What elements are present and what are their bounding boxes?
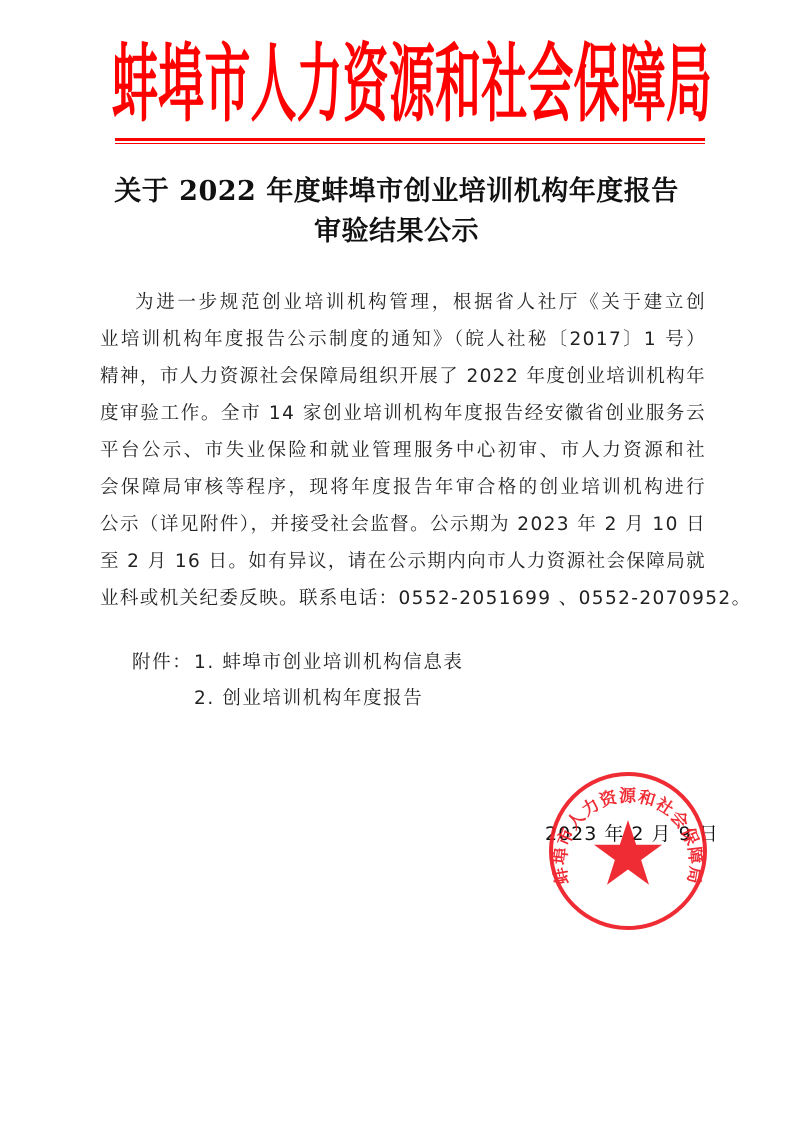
body-line: 业科或机关纪委反映。联系电话：0552-2051699 、0552-207095… — [100, 580, 706, 617]
attachments-list: 附件：1. 蚌埠市创业培训机构信息表 2. 创业培训机构年度报告 — [132, 645, 464, 717]
attachment-item: 附件：1. 蚌埠市创业培训机构信息表 — [132, 645, 464, 681]
masthead-char: 人 — [250, 41, 296, 126]
body-line: 业培训机构年度报告公示制度的通知》（皖人社秘〔2017〕1 号） — [100, 321, 706, 358]
masthead-char: 和 — [435, 41, 481, 126]
document-page: 蚌 埠 市 人 力 资 源 和 社 会 保 障 局 关于 2022 年度蚌埠市创… — [0, 0, 793, 1122]
masthead-char: 保 — [574, 41, 620, 126]
attachment-item: 2. 创业培训机构年度报告 — [132, 681, 464, 717]
masthead-char: 会 — [527, 41, 573, 126]
title-line-2: 审验结果公示 — [80, 212, 713, 252]
attachment-title: 2. 创业培训机构年度报告 — [194, 688, 423, 709]
body-line: 会保障局审核等程序，现将年度报告年审合格的创业培训机构进行 — [100, 469, 706, 506]
body-line: 公示（详见附件），并接受社会监督。公示期为 2023 年 2 月 10 日 — [100, 506, 706, 543]
attachments-label: 附件： — [132, 645, 194, 681]
masthead-char: 源 — [389, 41, 435, 126]
document-title: 关于 2022 年度蚌埠市创业培训机构年度报告 审验结果公示 — [80, 172, 713, 252]
title-line-1: 关于 2022 年度蚌埠市创业培训机构年度报告 — [80, 172, 713, 212]
official-seal-icon: 蚌埠市人力资源和社会保障局 — [544, 770, 712, 932]
body-paragraph: 为进一步规范创业培训机构管理，根据省人社厅《关于建立创 业培训机构年度报告公示制… — [100, 284, 706, 617]
masthead-char: 蚌 — [112, 41, 158, 126]
body-line: 至 2 月 16 日。如有异议，请在公示期内向市人力资源社会保障局就 — [100, 543, 706, 580]
masthead-char: 局 — [666, 41, 712, 126]
attachment-title: 1. 蚌埠市创业培训机构信息表 — [194, 652, 464, 673]
masthead-char: 力 — [297, 41, 343, 126]
masthead-char: 埠 — [158, 41, 204, 126]
masthead-char: 社 — [481, 41, 527, 126]
body-line: 度审验工作。全市 14 家创业培训机构年度报告经安徽省创业服务云 — [100, 395, 706, 432]
masthead: 蚌 埠 市 人 力 资 源 和 社 会 保 障 局 — [112, 38, 712, 130]
masthead-char: 障 — [620, 41, 666, 126]
body-line: 平台公示、市失业保险和就业管理服务中心初审、市人力资源和社 — [100, 432, 706, 469]
masthead-divider-thin — [115, 143, 705, 144]
masthead-divider-thick — [115, 138, 705, 141]
masthead-char: 市 — [204, 41, 250, 126]
body-line: 精神，市人力资源社会保障局组织开展了 2022 年度创业培训机构年 — [100, 358, 706, 395]
masthead-char: 资 — [343, 41, 389, 126]
body-line: 为进一步规范创业培训机构管理，根据省人社厅《关于建立创 — [100, 284, 706, 321]
